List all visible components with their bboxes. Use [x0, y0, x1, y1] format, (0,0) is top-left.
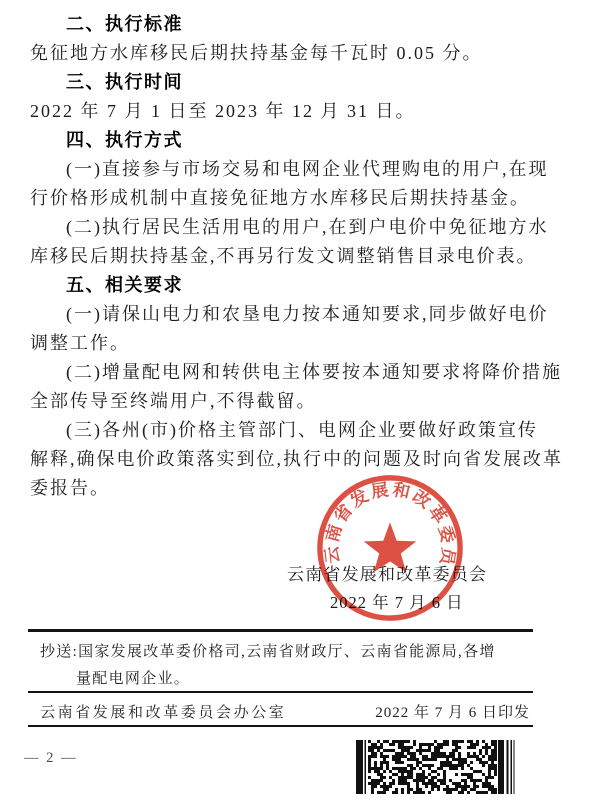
footer-divider-middle [28, 691, 533, 693]
cc-list-line1: 抄送:国家发展改革委价格司,云南省财政厅、云南省能源局,各增 [40, 640, 496, 661]
document-barcode [356, 740, 518, 794]
text-line: 二、执行标准 [30, 10, 590, 39]
text-line: 库移民后期扶持基金,不再另行发文调整销售目录电价表。 [30, 242, 590, 271]
text-line: 四、执行方式 [30, 126, 590, 155]
text-line: (二)执行居民生活用电的用户,在到户电价中免征地方水 [30, 213, 590, 242]
text-line: 2022 年 7 月 1 日至 2023 年 12 月 31 日。 [30, 97, 590, 126]
page-number: — 2 — [24, 750, 78, 767]
cc-list-line2: 量配电网企业。 [76, 667, 190, 688]
document-body: 二、执行标准 免征地方水库移民后期扶持基金每千瓦时 0.05 分。 三、执行时间… [30, 10, 590, 503]
document-page: 二、执行标准 免征地方水库移民后期扶持基金每千瓦时 0.05 分。 三、执行时间… [0, 0, 598, 802]
text-line: (三)各州(市)价格主管部门、电网企业要做好政策宣传 [30, 416, 590, 445]
text-line: 三、执行时间 [30, 68, 590, 97]
issuing-office: 云南省发展和改革委员会办公室 [40, 701, 286, 722]
text-line: 委报告。 [30, 474, 590, 503]
text-line: 五、相关要求 [30, 271, 590, 300]
text-line: 免征地方水库移民后期扶持基金每千瓦时 0.05 分。 [30, 39, 590, 68]
text-line: 解释,确保电价政策落实到位,执行中的问题及时向省发展改革 [30, 445, 590, 474]
text-line: 调整工作。 [30, 329, 590, 358]
signature-date: 2022 年 7 月 6 日 [330, 589, 464, 613]
text-line: 行价格形成机制中直接免征地方水库移民后期扶持基金。 [30, 184, 590, 213]
footer-divider-bottom [28, 725, 533, 727]
text-line: (一)请保山电力和农垦电力按本通知要求,同步做好电价 [30, 300, 590, 329]
text-line: 全部传导至终端用户,不得截留。 [30, 387, 590, 416]
print-date: 2022 年 7 月 6 日印发 [375, 701, 530, 722]
footer-divider-top [28, 629, 533, 632]
signature-org: 云南省发展和改革委员会 [287, 560, 487, 585]
text-line: (一)直接参与市场交易和电网企业代理购电的用户,在现 [30, 155, 590, 184]
text-line: (二)增量配电网和转供电主体要按本通知要求将降价措施 [30, 358, 590, 387]
